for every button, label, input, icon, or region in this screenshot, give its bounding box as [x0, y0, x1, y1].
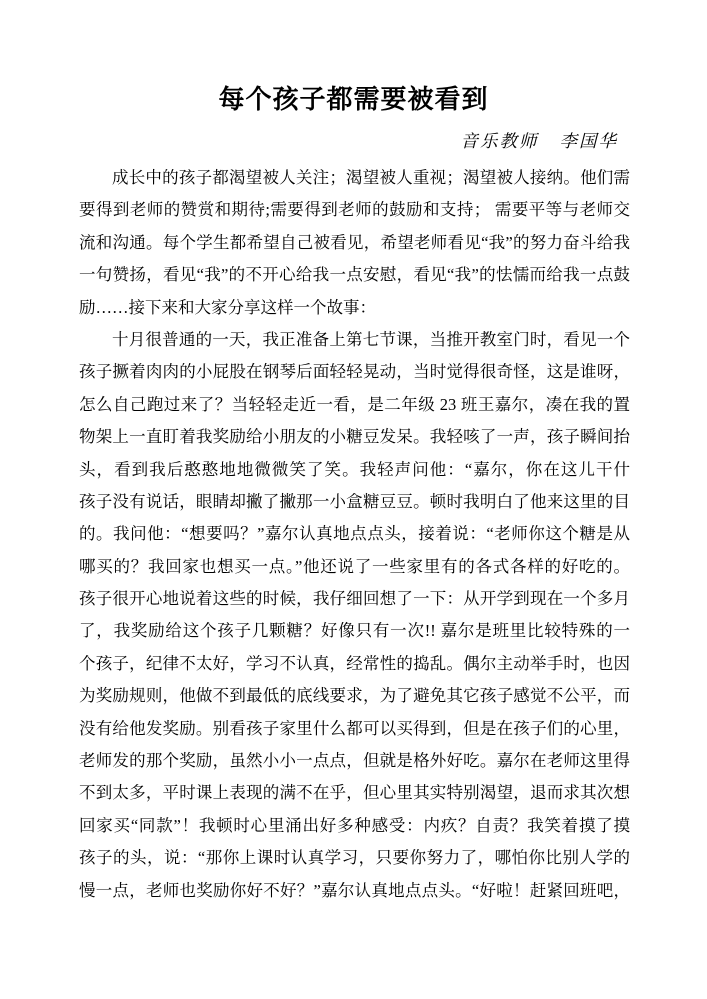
- text-line: 流和沟通。每个学生都希望自己被看见，希望老师看见“我”的努力奋斗给我: [79, 227, 630, 259]
- paragraph-1: 成长中的孩子都渴望被人关注；渴望被人重视；渴望被人接纳。他们需 要得到老师的赞赏…: [79, 162, 630, 324]
- text-line: 励……接下来和大家分享这样一个故事：: [79, 292, 630, 324]
- text-line: 了，我奖励给这个孩子几颗糖？好像只有一次!! 嘉尔是班里比较特殊的一: [79, 615, 630, 647]
- text-line: 头，看到我后憨憨地地微微笑了笑。我轻声问他：“嘉尔，你在这儿干什么？”: [79, 454, 630, 486]
- text-line: 孩子没有说话，眼睛却撇了撇那一小盒糖豆豆。顿时我明白了他来这里的目: [79, 486, 630, 518]
- text-line: 怎么自己跑过来了？当轻轻走近一看，是二年级 23 班王嘉尔，凑在我的置: [79, 389, 630, 421]
- text-line: 回家买“同款”！我顿时心里涌出好多种感受：内疚？自责？我笑着摸了摸: [79, 810, 630, 842]
- text-line: 的。我问他：“想要吗？”嘉尔认真地点点头，接着说：“老师你这个糖是从: [79, 518, 630, 550]
- text-line: 不到太多，平时课上表现的满不在乎，但心里其实特别渴望，退而求其次想: [79, 777, 630, 809]
- author-line: 音乐教师李国华: [0, 129, 707, 153]
- text-line: 孩子很开心地说着这些的时候，我仔细回想了一下：从开学到现在一个多月: [79, 583, 630, 615]
- text-line: 个孩子，纪律不太好，学习不认真，经常性的捣乱。偶尔主动举手时，也因: [79, 648, 630, 680]
- text-line: 孩子撅着肉肉的小屁股在钢琴后面轻轻晃动，当时觉得很奇怪，这是谁呀，: [79, 356, 630, 388]
- text-line: 十月很普通的一天，我正准备上第七节课，当推开教室门时，看见一个: [79, 324, 630, 356]
- text-line: 哪买的？我回家也想买一点。”他还说了一些家里有的各式各样的好吃的。: [79, 551, 630, 583]
- text-line: 一句赞扬，看见“我”的不开心给我一点安慰，看见“我”的怯懦而给我一点鼓: [79, 259, 630, 291]
- text-line: 孩子的头，说：“那你上课时认真学习，只要你努力了，哪怕你比别人学的: [79, 842, 630, 874]
- paragraph-2: 十月很普通的一天，我正准备上第七节课，当推开教室门时，看见一个 孩子撅着肉肉的小…: [79, 324, 630, 907]
- document-page: 每个孩子都需要被看到 音乐教师李国华 成长中的孩子都渴望被人关注；渴望被人重视；…: [0, 0, 707, 999]
- author-name: 李国华: [560, 131, 619, 151]
- text-line: 老师发的那个奖励，虽然小小一点点，但就是格外好吃。嘉尔在老师这里得: [79, 745, 630, 777]
- text-line: 要得到老师的赞赏和期待;需要得到老师的鼓励和支持； 需要平等与老师交: [79, 194, 630, 226]
- essay-body: 成长中的孩子都渴望被人关注；渴望被人重视；渴望被人接纳。他们需 要得到老师的赞赏…: [79, 162, 630, 907]
- text-line: 慢一点，老师也奖励你好不好？”嘉尔认真地点点头。“好啦！赶紧回班吧，: [79, 875, 630, 907]
- text-line: 成长中的孩子都渴望被人关注；渴望被人重视；渴望被人接纳。他们需: [79, 162, 630, 194]
- text-line: 为奖励规则，他做不到最低的底线要求，为了避免其它孩子感觉不公平，而: [79, 680, 630, 712]
- text-line: 物架上一直盯着我奖励给小朋友的小糖豆发呆。我轻咳了一声，孩子瞬间抬: [79, 421, 630, 453]
- page-title: 每个孩子都需要被看到: [0, 0, 707, 114]
- text-line: 没有给他发奖励。别看孩子家里什么都可以买得到，但是在孩子们的心里，: [79, 713, 630, 745]
- author-role: 音乐教师: [461, 131, 539, 151]
